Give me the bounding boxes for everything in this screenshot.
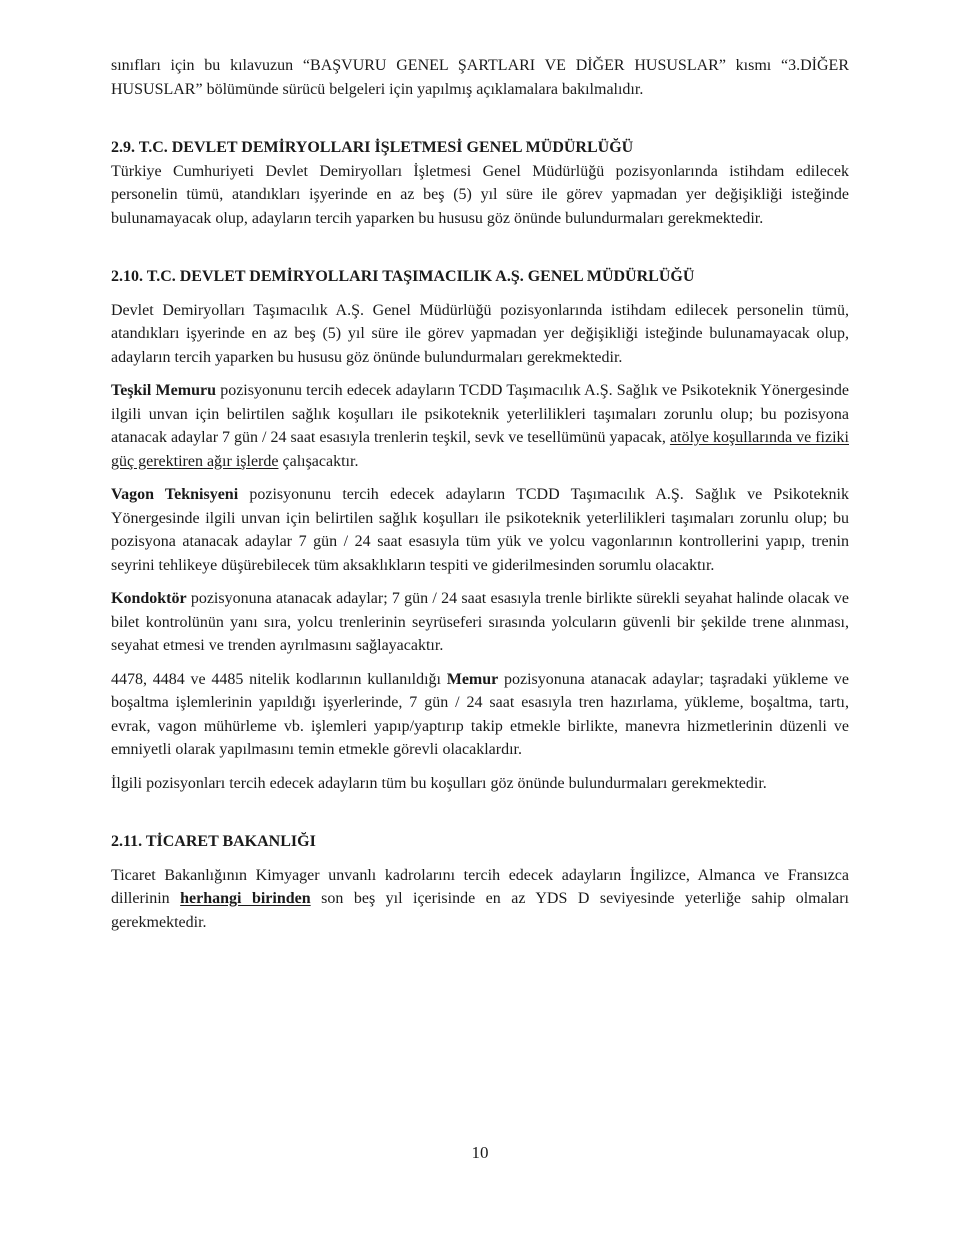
- teskil-memuru-title: Teşkil Memuru: [111, 382, 216, 399]
- teskil-memuru-paragraph: Teşkil Memuru pozisyonunu tercih edecek …: [111, 379, 849, 473]
- intro-paragraph: sınıfları için bu kılavuzun “BAŞVURU GEN…: [111, 54, 849, 101]
- section-2-11: 2.11. TİCARET BAKANLIĞI Ticaret Bakanlığ…: [111, 830, 849, 934]
- kondoktor-text: pozisyonuna atanacak adaylar; 7 gün / 24…: [111, 590, 849, 654]
- section-2-10: 2.10. T.C. DEVLET DEMİRYOLLARI TAŞIMACIL…: [111, 265, 849, 795]
- memur-paragraph: 4478, 4484 ve 4485 nitelik kodlarının ku…: [111, 668, 849, 762]
- kondoktor-title: Kondoktör: [111, 590, 187, 607]
- section-2-10-general-paragraph: Devlet Demiryolları Taşımacılık A.Ş. Gen…: [111, 299, 849, 370]
- section-2-10-heading: 2.10. T.C. DEVLET DEMİRYOLLARI TAŞIMACIL…: [111, 265, 849, 289]
- section-2-11-heading: 2.11. TİCARET BAKANLIĞI: [111, 830, 849, 854]
- memur-title: Memur: [447, 671, 499, 688]
- memur-pre: 4478, 4484 ve 4485 nitelik kodlarının ku…: [111, 671, 447, 688]
- document-page: sınıfları için bu kılavuzun “BAŞVURU GEN…: [111, 54, 849, 934]
- section-2-11-emphasis: herhangi birinden: [180, 890, 311, 907]
- section-2-9-heading: 2.9. T.C. DEVLET DEMİRYOLLARI İŞLETMESİ …: [111, 136, 849, 160]
- teskil-memuru-tail: çalışacaktır.: [278, 453, 358, 470]
- section-2-9: 2.9. T.C. DEVLET DEMİRYOLLARI İŞLETMESİ …: [111, 136, 849, 230]
- section-2-10-closing: İlgili pozisyonları tercih edecek adayla…: [111, 772, 849, 796]
- section-2-11-paragraph: Ticaret Bakanlığının Kimyager unvanlı ka…: [111, 864, 849, 935]
- page-number: 10: [0, 1143, 960, 1163]
- vagon-teknisyeni-title: Vagon Teknisyeni: [111, 486, 238, 503]
- kondoktor-paragraph: Kondoktör pozisyonuna atanacak adaylar; …: [111, 587, 849, 658]
- section-2-9-paragraph: Türkiye Cumhuriyeti Devlet Demiryolları …: [111, 160, 849, 231]
- vagon-teknisyeni-paragraph: Vagon Teknisyeni pozisyonunu tercih edec…: [111, 483, 849, 577]
